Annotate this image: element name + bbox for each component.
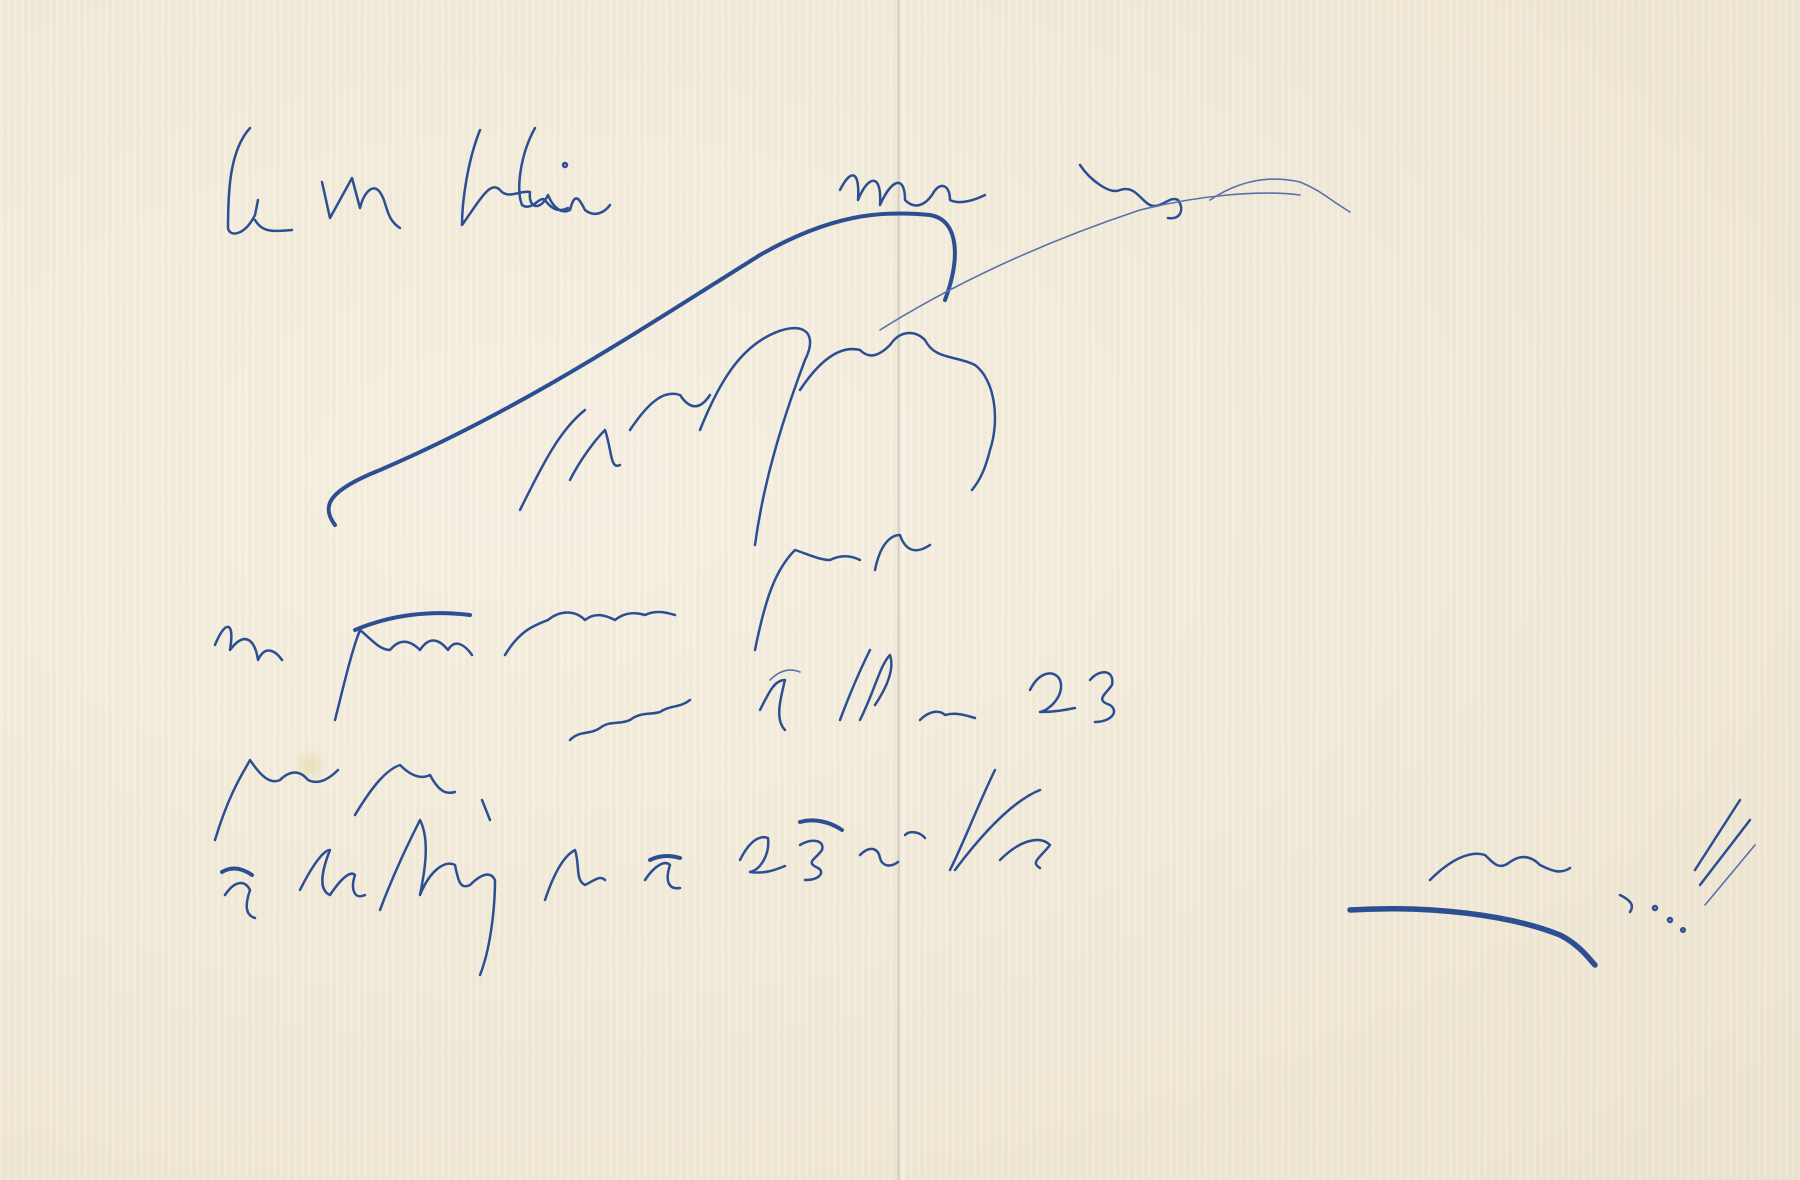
signature-handwriting [329,193,1300,545]
body-handwriting [215,535,1755,975]
handwriting-layer [0,0,1800,1180]
closing-handwriting [228,128,1350,234]
letter-paper: Je vous baise les mains [signature] Nous… [0,0,1800,1180]
